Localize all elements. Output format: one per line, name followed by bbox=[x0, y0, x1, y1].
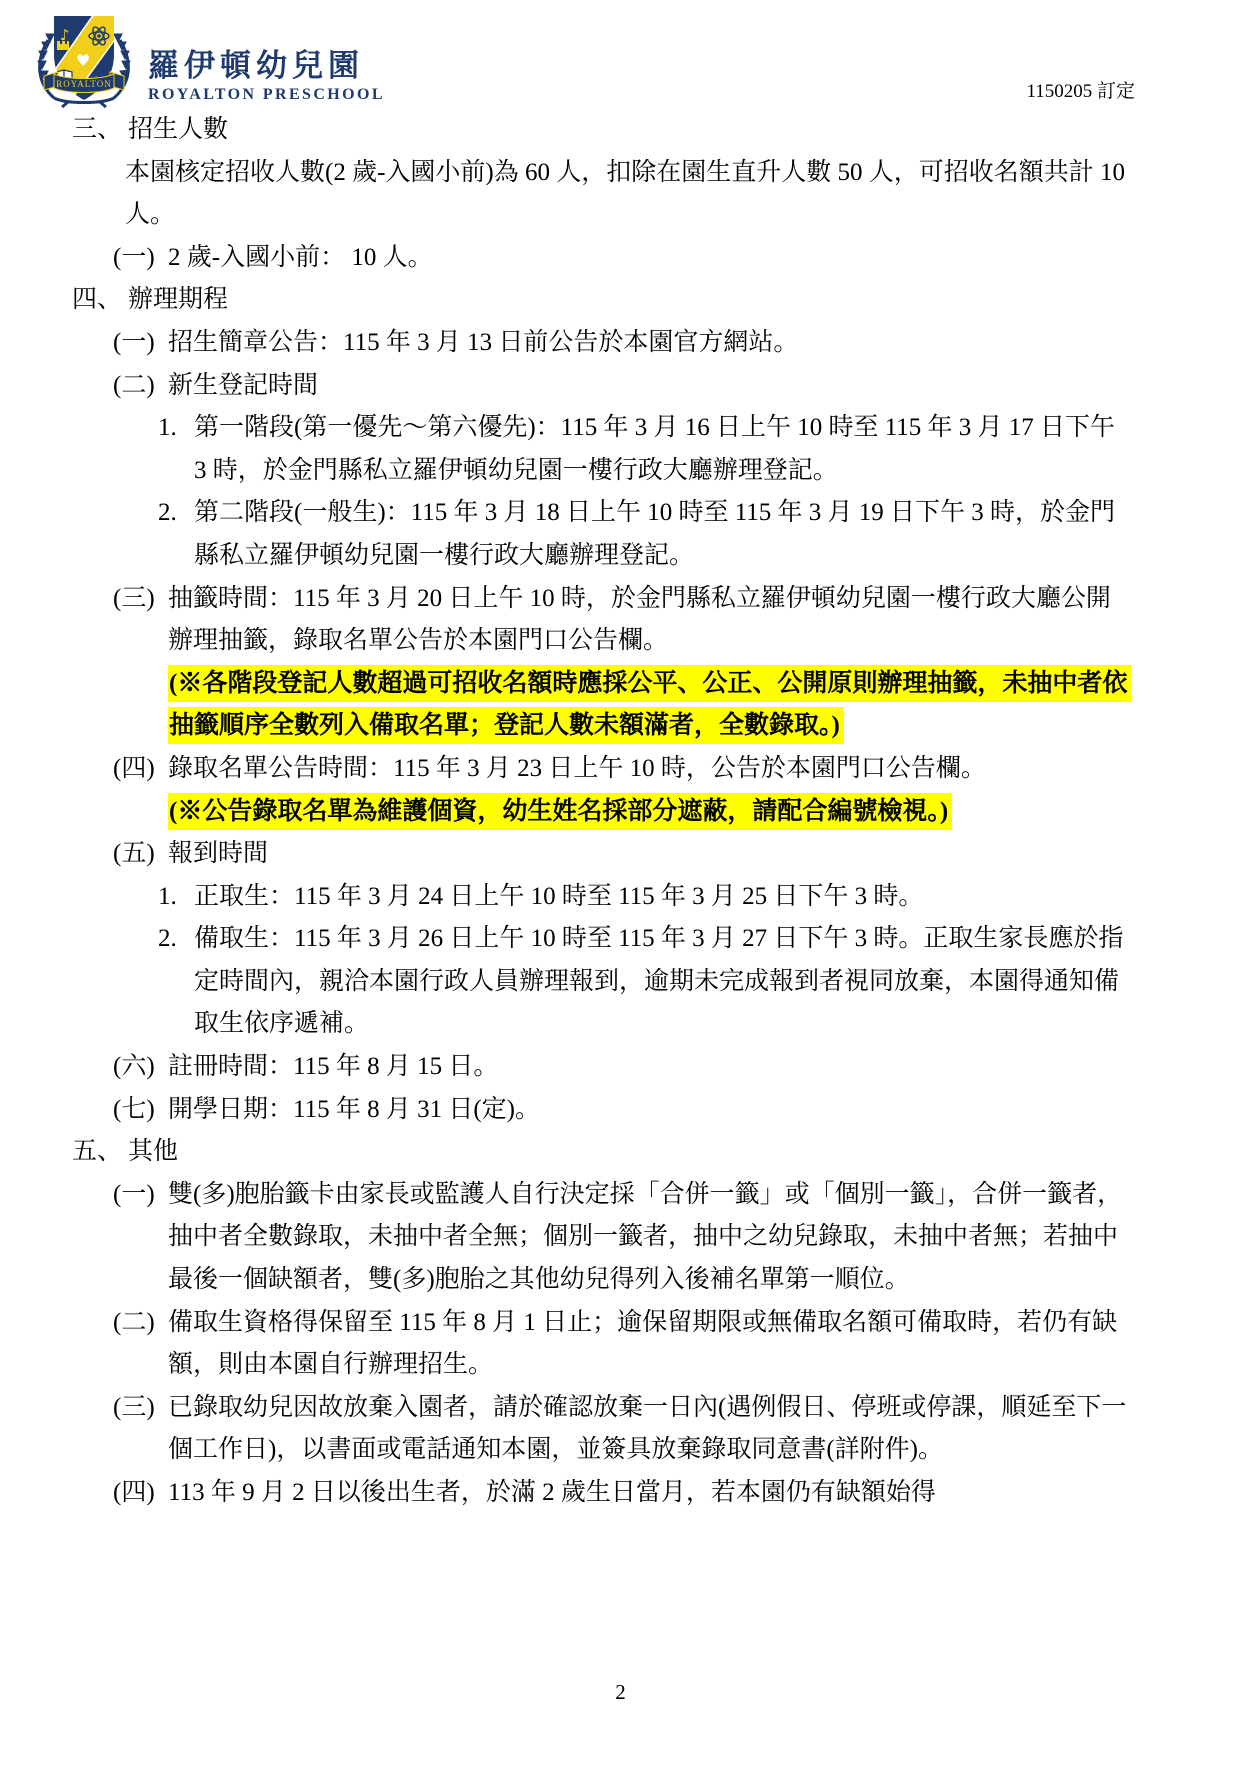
item-text: 備取生資格得保留至 115 年 8 月 1 日止；逾保留期限或無備取名額可備取時… bbox=[168, 1309, 1117, 1379]
sub-list-item: 1.第一階段(第一優先～第六優先)：115 年 3 月 16 日上午 10 時至… bbox=[0, 407, 1129, 492]
list-item: (七)開學日期：115 年 8 月 31 日(定)。 bbox=[0, 1089, 1129, 1132]
page-header: ♪ ♥ ☝ bbox=[0, 0, 1241, 109]
list-item: (六)註冊時間：115 年 8 月 15 日。 bbox=[0, 1046, 1129, 1089]
brand-text: 羅伊頓幼兒園 ROYALTON PRESCHOOL bbox=[148, 40, 385, 104]
subitem-marker: 2. bbox=[158, 918, 177, 961]
section-title: 辦理期程 bbox=[128, 286, 228, 313]
item-marker: (七) bbox=[113, 1089, 155, 1132]
section-intro-paragraph: 本園核定招收人數(2 歲-入國小前)為 60 人，扣除在園生直升人數 50 人，… bbox=[0, 152, 1129, 237]
section-marker: 五、 bbox=[72, 1138, 122, 1165]
document-body: 三、招生人數 本園核定招收人數(2 歲-入國小前)為 60 人，扣除在園生直升人… bbox=[0, 109, 1241, 1515]
sub-list-item: 2.備取生：115 年 3 月 26 日上午 10 時至 115 年 3 月 2… bbox=[0, 918, 1129, 1046]
item-marker: (一) bbox=[113, 237, 155, 280]
item-marker: (二) bbox=[113, 1302, 155, 1345]
item-marker: (四) bbox=[113, 1472, 155, 1515]
list-item: (二)新生登記時間 bbox=[0, 365, 1129, 408]
heart-icon: ♥ bbox=[76, 51, 90, 70]
item-marker: (五) bbox=[113, 833, 155, 876]
subitem-text: 正取生：115 年 3 月 24 日上午 10 時至 115 年 3 月 25 … bbox=[194, 883, 923, 910]
subitem-marker: 1. bbox=[158, 407, 177, 450]
brand-name-en: ROYALTON PRESCHOOL bbox=[148, 86, 385, 104]
section-heading: 三、招生人數 bbox=[0, 109, 1129, 152]
list-item: (四)錄取名單公告時間：115 年 3 月 23 日上午 10 時，公告於本園門… bbox=[0, 748, 1129, 791]
item-text: 招生簡章公告：115 年 3 月 13 日前公告於本園官方網站。 bbox=[168, 329, 798, 356]
royalton-crest-logo: ♪ ♥ ☝ bbox=[28, 10, 140, 108]
banner-text: ROYALTON bbox=[56, 79, 112, 89]
document-page: ♪ ♥ ☝ bbox=[0, 0, 1241, 1766]
list-item: (五)報到時間 bbox=[0, 833, 1129, 876]
subitem-text: 備取生：115 年 3 月 26 日上午 10 時至 115 年 3 月 27 … bbox=[194, 925, 1123, 1037]
item-marker: (二) bbox=[113, 365, 155, 408]
list-item: (一)雙(多)胞胎籤卡由家長或監護人自行決定採「合併一籤」或「個別一籤」，合併一… bbox=[0, 1174, 1129, 1302]
list-item: (三)抽籤時間：115 年 3 月 20 日上午 10 時，於金門縣私立羅伊頓幼… bbox=[0, 578, 1129, 663]
castle-icon bbox=[57, 41, 69, 50]
item-text: 113 年 9 月 2 日以後出生者，於滿 2 歲生日當月，若本園仍有缺額始得 bbox=[168, 1479, 936, 1506]
item-text: 2 歲-入國小前： 10 人。 bbox=[168, 244, 433, 271]
highlighted-text: (※各階段登記人數超過可招收名額時應採公平、公正、公開原則辦理抽籤，未抽中者依抽… bbox=[168, 665, 1131, 745]
item-text: 開學日期：115 年 8 月 31 日(定)。 bbox=[168, 1096, 540, 1123]
highlighted-text: (※公告錄取名單為維護個資，幼生姓名採部分遮蔽，請配合編號檢視。) bbox=[168, 793, 952, 830]
page-number: 2 bbox=[0, 1680, 1241, 1705]
sub-list-item: 1.正取生：115 年 3 月 24 日上午 10 時至 115 年 3 月 2… bbox=[0, 876, 1129, 919]
subitem-text: 第二階段(一般生)：115 年 3 月 18 日上午 10 時至 115 年 3… bbox=[194, 499, 1115, 569]
subitem-text: 第一階段(第一優先～第六優先)：115 年 3 月 16 日上午 10 時至 1… bbox=[194, 414, 1115, 484]
section-marker: 四、 bbox=[72, 286, 122, 313]
item-text: 抽籤時間：115 年 3 月 20 日上午 10 時，於金門縣私立羅伊頓幼兒園一… bbox=[168, 585, 1111, 655]
item-marker: (四) bbox=[113, 748, 155, 791]
item-marker: (六) bbox=[113, 1046, 155, 1089]
item-marker: (一) bbox=[113, 1174, 155, 1217]
list-item: (一)2 歲-入國小前： 10 人。 bbox=[0, 237, 1129, 280]
item-text: 已錄取幼兒因故放棄入園者，請於確認放棄一日內(遇例假日、停班或停課，順延至下一個… bbox=[168, 1394, 1126, 1464]
list-item: (三)已錄取幼兒因故放棄入園者，請於確認放棄一日內(遇例假日、停班或停課，順延至… bbox=[0, 1387, 1129, 1472]
subitem-marker: 2. bbox=[158, 492, 177, 535]
section-heading: 四、辦理期程 bbox=[0, 279, 1129, 322]
highlight-note: (※公告錄取名單為維護個資，幼生姓名採部分遮蔽，請配合編號檢視。) bbox=[0, 791, 1129, 834]
brand-name-zh: 羅伊頓幼兒園 bbox=[148, 40, 385, 85]
item-text: 註冊時間：115 年 8 月 15 日。 bbox=[168, 1053, 498, 1080]
list-item: (四)113 年 9 月 2 日以後出生者，於滿 2 歲生日當月，若本園仍有缺額… bbox=[0, 1472, 1129, 1515]
item-text: 新生登記時間 bbox=[168, 372, 318, 399]
item-text: 報到時間 bbox=[168, 840, 268, 867]
list-item: (二)備取生資格得保留至 115 年 8 月 1 日止；逾保留期限或無備取名額可… bbox=[0, 1302, 1129, 1387]
section-title: 招生人數 bbox=[128, 116, 228, 143]
section-marker: 三、 bbox=[72, 116, 122, 143]
sub-list-item: 2.第二階段(一般生)：115 年 3 月 18 日上午 10 時至 115 年… bbox=[0, 492, 1129, 577]
subitem-marker: 1. bbox=[158, 876, 177, 919]
item-marker: (三) bbox=[113, 578, 155, 621]
item-marker: (一) bbox=[113, 322, 155, 365]
highlight-note: (※各階段登記人數超過可招收名額時應採公平、公正、公開原則辦理抽籤，未抽中者依抽… bbox=[0, 663, 1129, 748]
item-marker: (三) bbox=[113, 1387, 155, 1430]
section-title: 其他 bbox=[128, 1138, 178, 1165]
item-text: 雙(多)胞胎籤卡由家長或監護人自行決定採「合併一籤」或「個別一籤」，合併一籤者，… bbox=[168, 1181, 1122, 1293]
revision-note: 1150205 訂定 bbox=[1026, 76, 1135, 103]
item-text: 錄取名單公告時間：115 年 3 月 23 日上午 10 時，公告於本園門口公告… bbox=[168, 755, 986, 782]
section-heading: 五、其他 bbox=[0, 1131, 1129, 1174]
list-item: (一)招生簡章公告：115 年 3 月 13 日前公告於本園官方網站。 bbox=[0, 322, 1129, 365]
brand: ♪ ♥ ☝ bbox=[28, 10, 385, 108]
shield-icon: ♪ ♥ ☝ bbox=[48, 10, 120, 108]
